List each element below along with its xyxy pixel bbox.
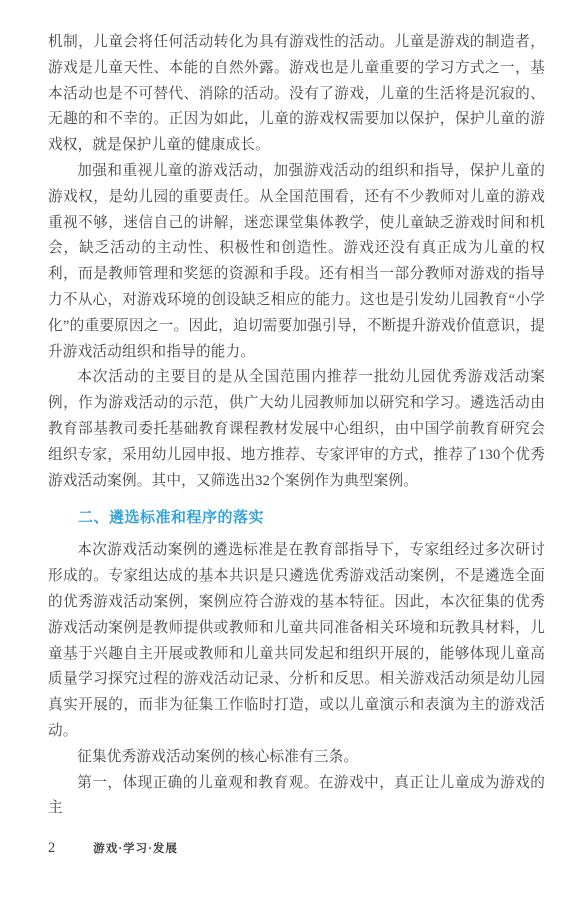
page-footer: 2 游戏·学习·发展 (48, 840, 178, 857)
paragraph: 机制，儿童会将任何活动转化为具有游戏性的活动。儿童是游戏的制造者，游戏是儿童天性… (48, 30, 545, 159)
page-number: 2 (48, 840, 55, 857)
paragraph: 征集优秀游戏活动案例的核心标准有三条。 (48, 745, 545, 771)
paragraph: 本次游戏活动案例的遴选标准是在教育部指导下，专家组经过多次研讨形成的。专家组达成… (48, 538, 545, 744)
page-body: 机制，儿童会将任何活动转化为具有游戏性的活动。儿童是游戏的制造者，游戏是儿童天性… (48, 30, 545, 822)
book-title: 游戏·学习·发展 (93, 840, 178, 856)
paragraph: 加强和重视儿童的游戏活动，加强游戏活动的组织和指导，保护儿童的游戏权，是幼儿园的… (48, 159, 545, 365)
paragraph: 本次活动的主要目的是从全国范围内推荐一批幼儿园优秀游戏活动案例，作为游戏活动的示… (48, 365, 545, 494)
document-page: 机制，儿童会将任何活动转化为具有游戏性的活动。儿童是游戏的制造者，游戏是儿童天性… (0, 0, 585, 899)
section-heading: 二、遴选标准和程序的落实 (48, 507, 545, 529)
paragraph: 第一，体现正确的儿童观和教育观。在游戏中，真正让儿童成为游戏的主 (48, 771, 545, 823)
